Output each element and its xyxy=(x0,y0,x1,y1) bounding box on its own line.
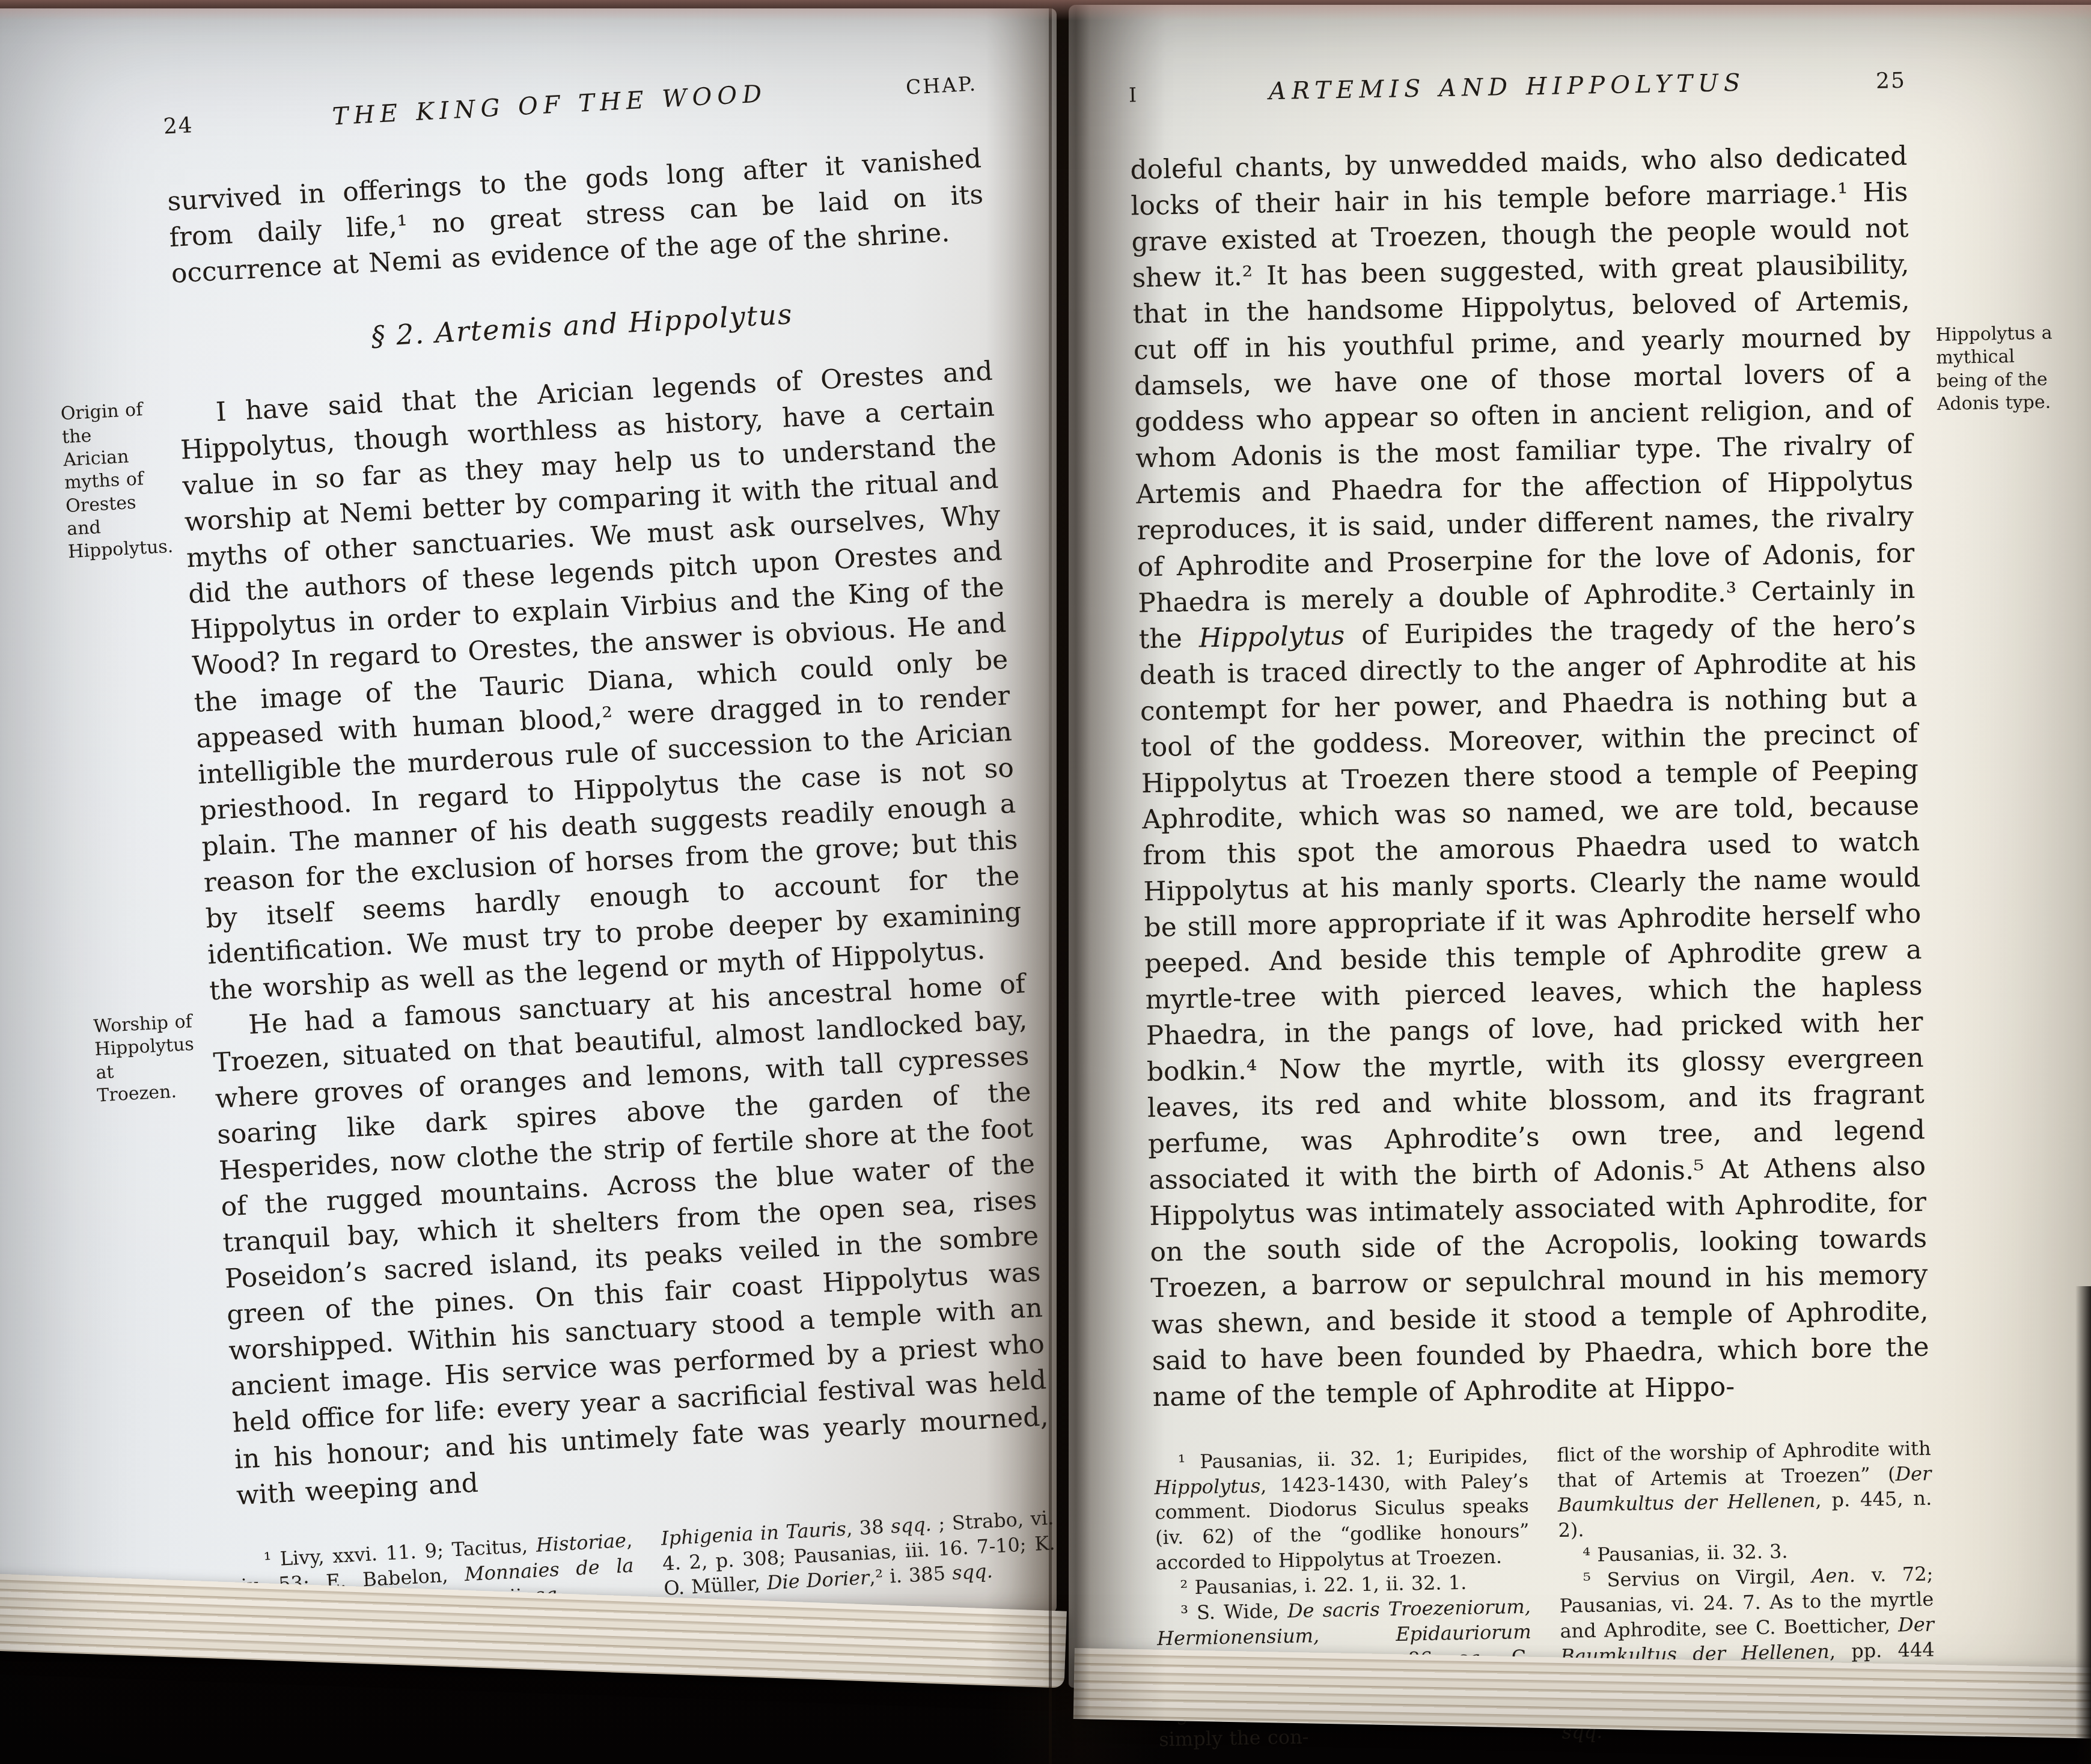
section-heading: § 2. Artemis and Hippolytus xyxy=(174,287,990,363)
margin-note-origin: Origin of the Arician myths of Orestes a… xyxy=(60,397,169,564)
chapter-label: CHAP. xyxy=(905,72,978,99)
paragraph-continuation: survived in offerings to the gods long a… xyxy=(166,141,986,292)
left-page-text-column: 24 THE KING OF THE WOOD CHAP. survived i… xyxy=(163,69,1058,1649)
right-running-title: ARTEMIS AND HIPPOLYTUS xyxy=(1269,69,1746,106)
footnote-continuation: Iphigenia in Tauris, 38 sqq. ; Strabo, v… xyxy=(661,1506,1057,1602)
left-footnotes-col1: ¹ Livy, xxvi. 11. 9; Tacitus, Historiae,… xyxy=(239,1528,637,1649)
right-page-number: 25 xyxy=(1876,69,1906,94)
left-running-title: THE KING OF THE WOOD xyxy=(331,80,768,130)
left-page-sheet: 24 THE KING OF THE WOOD CHAP. survived i… xyxy=(0,0,1105,1643)
right-running-head: I ARTEMIS AND HIPPOLYTUS 25 xyxy=(1129,66,1906,108)
paragraph-block-adonis: Hippolytus a mythical being of the Adoni… xyxy=(1130,138,1930,1415)
paragraph-origin: I have said that the Arician legends of … xyxy=(178,353,1024,1010)
right-page-text-column: I ARTEMIS AND HIPPOLYTUS 25 Hippolytus a… xyxy=(1129,66,1937,1753)
chapter-numeral: I xyxy=(1129,83,1139,106)
footnote: ⁵ Servius on Virgil, Aen. v. 72; Pausani… xyxy=(1559,1562,1937,1745)
footnote: ³ S. Wide, De sacris Troezeniorum, Hermi… xyxy=(1156,1595,1533,1753)
margin-note-adonis-type: Hippolytus a mythical being of the Adoni… xyxy=(1935,322,2055,416)
paragraph-block-worship: Worship of Hippolytus at Troezen. He had… xyxy=(210,966,1051,1514)
left-page: 24 THE KING OF THE WOOD CHAP. survived i… xyxy=(0,8,1057,1614)
right-footnotes: ¹ Pausanias, ii. 32. 1; Euripides, Hippo… xyxy=(1153,1436,1936,1752)
right-page-sheet: I ARTEMIS AND HIPPOLYTUS 25 Hippolytus a… xyxy=(1057,0,2091,1697)
left-running-head: 24 THE KING OF THE WOOD CHAP. xyxy=(163,69,978,139)
left-footnotes-col2: Iphigenia in Tauris, 38 sqq. ; Strabo, v… xyxy=(661,1506,1058,1627)
margin-note-worship: Worship of Hippolytus at Troezen. xyxy=(93,1010,198,1108)
open-book-photo: 24 THE KING OF THE WOOD CHAP. survived i… xyxy=(0,0,2091,1764)
paragraph-block-origin: Origin of the Arician myths of Orestes a… xyxy=(178,353,1024,1010)
right-footnotes-col2: flict of the worship of Aphrodite with t… xyxy=(1557,1436,1937,1745)
footnote-continuation: flict of the worship of Aphrodite with t… xyxy=(1557,1436,1932,1543)
paragraph-worship: He had a famous sanctuary at his ancestr… xyxy=(210,966,1051,1514)
footnote: ¹ Pausanias, ii. 32. 1; Euripides, Hippo… xyxy=(1153,1443,1530,1576)
right-footnotes-col1: ¹ Pausanias, ii. 32. 1; Euripides, Hippo… xyxy=(1153,1443,1533,1752)
left-footnotes: ¹ Livy, xxvi. 11. 9; Tacitus, Historiae,… xyxy=(239,1506,1058,1650)
left-page-number: 24 xyxy=(163,113,194,139)
paragraph-artemis-hippolytus: doleful chants, by unwedded maids, who a… xyxy=(1130,138,1930,1415)
right-page: I ARTEMIS AND HIPPOLYTUS 25 Hippolytus a… xyxy=(1069,5,2091,1688)
